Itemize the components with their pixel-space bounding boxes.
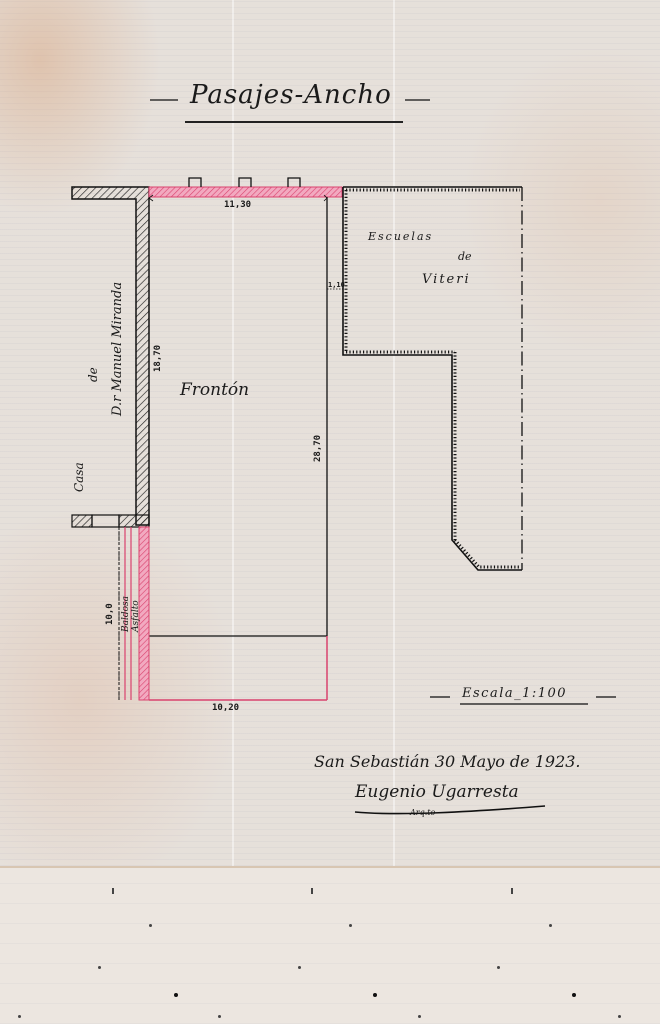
dimension-left-wall: 18,70 [153, 345, 163, 372]
signature: Eugenio Ugarresta [355, 782, 519, 802]
left-neighbor-de: de [86, 367, 100, 382]
lower-extension [119, 527, 327, 700]
right-neighbor-viteri: Viteri [422, 272, 471, 287]
right-neighbor-de: de [458, 250, 472, 263]
drawing-title: Pasajes-Ancho [190, 80, 392, 110]
right-neighbor-escuelas: Escuelas [368, 230, 433, 243]
dimension-lines [119, 195, 343, 700]
signature-flourish-line [355, 806, 545, 814]
fronton-label: Frontón [180, 380, 249, 400]
dimension-gap-right: 1,10 [328, 281, 345, 289]
left-neighbor-name: D.r Manuel Miranda [110, 282, 125, 416]
fronton-outline [149, 197, 327, 636]
dimension-top-width: 11,30 [224, 200, 251, 210]
title-underline [185, 121, 403, 123]
right-neighbor-building [343, 187, 522, 570]
top-front-wall [149, 178, 342, 197]
strip-label-baldosa: Baldosa [121, 596, 131, 632]
signature-title: Arq.to [410, 808, 435, 817]
place-date: San Sebastián 30 Mayo de 1923. [314, 752, 581, 771]
backing-paper [0, 868, 660, 1024]
dimension-right-length: 28,70 [313, 435, 323, 462]
dimension-bottom-width: 10,20 [212, 703, 239, 713]
dimension-lower-strip: 10,0 [105, 603, 115, 625]
floor-plan [0, 0, 660, 866]
scale-label: Escala_1:100 [462, 686, 567, 701]
strip-label-asfalto: Asfalto [131, 600, 141, 632]
left-neighbor-casa: Casa [72, 462, 86, 492]
